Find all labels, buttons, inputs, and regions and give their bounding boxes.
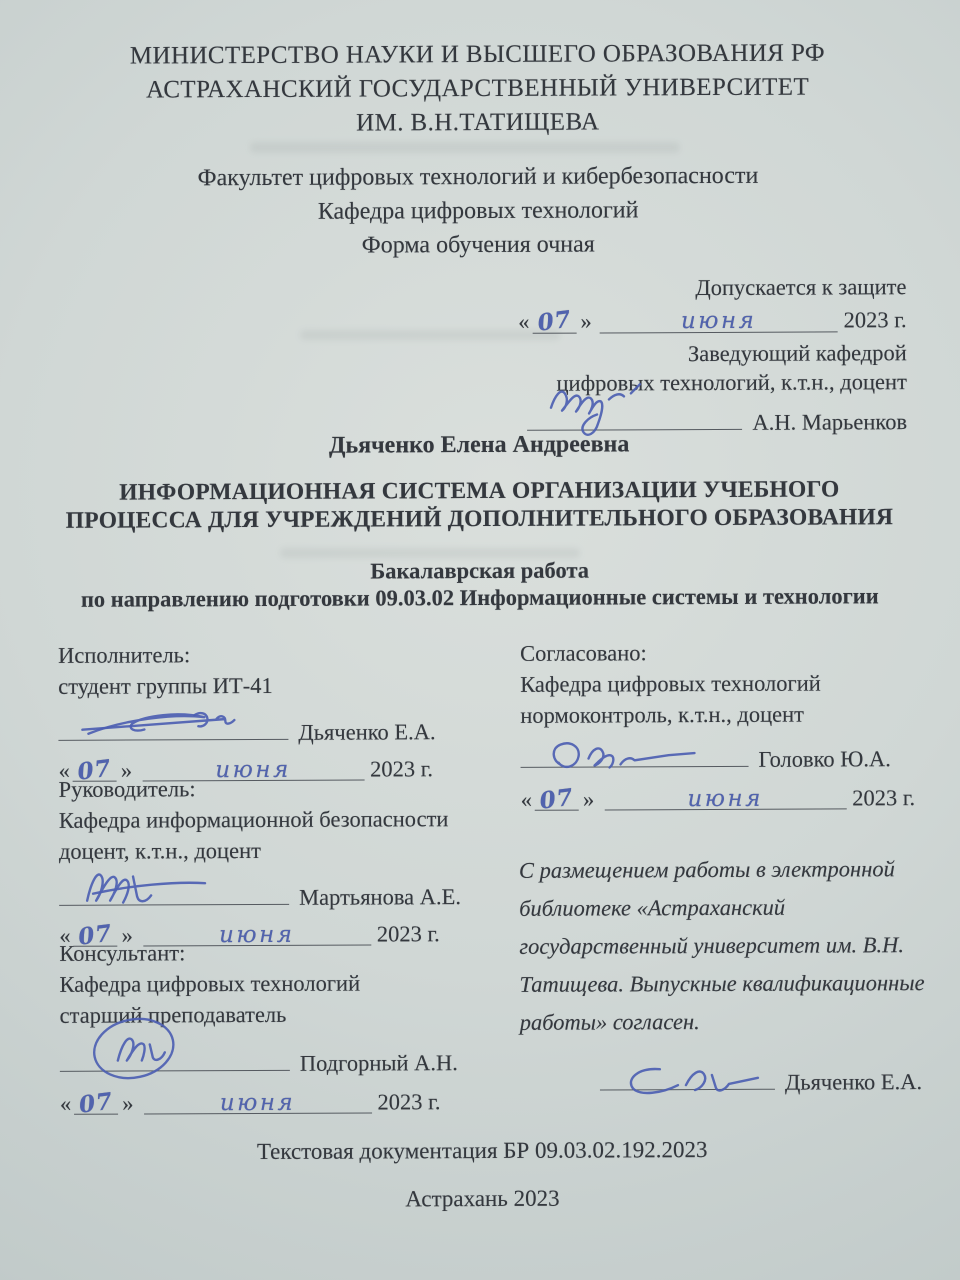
head-title-line: Заведующий кафедрой (407, 338, 907, 369)
consent-name: Дьяченко Е.А. (785, 1063, 922, 1102)
signature-field (600, 1059, 775, 1091)
handwritten-month: июня (681, 308, 757, 334)
thesis-title: ИНФОРМАЦИОННАЯ СИСТЕМА ОРГАНИЗАЦИИ УЧЕБН… (0, 476, 960, 535)
handwritten-day: 07 (536, 305, 573, 338)
month-field: июня (604, 782, 846, 810)
consultant-label: Консультант: (59, 936, 519, 969)
supervisor-dept-line: Кафедра информационной безопасности (59, 803, 519, 836)
work-direction-line: по направлению подготовки 09.03.02 Инфор… (0, 582, 960, 613)
signature-podgorny-icon (86, 1012, 206, 1087)
signature-field (520, 736, 748, 768)
work-type-line: Бакалаврская работа (0, 555, 960, 586)
faculty-line: Факультет цифровых технологий и кибербез… (0, 158, 958, 196)
study-form-line: Форма обучения очная (0, 226, 958, 264)
agreed-name: Головко Ю.А. (758, 743, 891, 775)
executor-signature-row: Дьяченко Е.А. (58, 708, 503, 749)
quote-close: » (580, 307, 591, 336)
supervisor-label: Руководитель: (59, 772, 519, 805)
month-field: июня (143, 1086, 371, 1114)
approval-date-line: « 07 » июня 2023 г. (407, 305, 907, 336)
day-field: 07 (535, 784, 579, 811)
agreed-date-line: « 07 » июня 2023 г. (521, 782, 941, 815)
library-consent-block: С размещением работы в электронной библи… (519, 850, 940, 1103)
quote-open: « (60, 1088, 71, 1119)
city-year-line: Астрахань 2023 (2, 1184, 960, 1214)
agreed-block: Согласовано: Кафедра цифровых технологий… (520, 636, 941, 815)
signature-field (58, 709, 288, 741)
university-line: АСТРАХАНСКИЙ ГОСУДАРСТВЕННЫЙ УНИВЕРСИТЕТ (0, 70, 958, 108)
approval-block: Допускается к защите « 07 » июня 2023 г.… (406, 272, 907, 438)
signature-field (59, 874, 289, 906)
handwritten-month: июня (220, 1090, 296, 1116)
quote-open: « (521, 784, 532, 815)
consultant-name: Подгорный А.Н. (300, 1047, 458, 1079)
consent-signature-row: Дьяченко Е.А. (520, 1058, 940, 1103)
day-field: 07 (74, 1088, 118, 1115)
signature-field (60, 1040, 290, 1072)
supervisor-name: Мартьянова А.Е. (299, 881, 461, 913)
executor-role-line: студент группы ИТ-41 (58, 669, 503, 702)
year-label: 2023 г. (852, 782, 915, 813)
thesis-title-line1: ИНФОРМАЦИОННАЯ СИСТЕМА ОРГАНИЗАЦИИ УЧЕБН… (0, 476, 959, 508)
document-content: МИНИСТЕРСТВО НАУКИ И ВЫСШЕГО ОБРАЗОВАНИЯ… (0, 0, 960, 1280)
consultant-dept-line: Кафедра цифровых технологий (59, 967, 519, 1000)
department-line: Кафедра цифровых технологий (0, 192, 958, 230)
day-field: 07 (532, 307, 576, 334)
handwritten-day: 07 (538, 782, 576, 817)
thesis-title-page: МИНИСТЕРСТВО НАУКИ И ВЫСШЕГО ОБРАЗОВАНИЯ… (0, 0, 960, 1280)
agreed-role-line: нормоконтроль, к.т.н., доцент (520, 698, 940, 731)
signature-field (527, 399, 742, 431)
year-label: 2023 г. (377, 1086, 440, 1117)
supervisor-block: Руководитель: Кафедра информационной без… (59, 772, 520, 951)
ministry-header: МИНИСТЕРСТВО НАУКИ И ВЫСШЕГО ОБРАЗОВАНИЯ… (0, 36, 958, 142)
signature-golovko-icon (536, 730, 716, 781)
library-consent-text: С размещением работы в электронной библи… (519, 850, 940, 1042)
quote-close: » (122, 1088, 133, 1119)
year-label: 2023 г. (844, 305, 907, 334)
agreed-dept-line: Кафедра цифровых технологий (520, 667, 940, 700)
quote-close: » (583, 784, 594, 815)
executor-label: Исполнитель: (58, 638, 503, 671)
doc-code-line: Текстовая документация БР 09.03.02.192.2… (2, 1136, 960, 1166)
quote-open: « (518, 307, 529, 336)
consultant-block: Консультант: Кафедра цифровых технологий… (59, 936, 520, 1119)
agreed-label: Согласовано: (520, 636, 940, 669)
work-type-block: Бакалаврская работа по направлению подго… (0, 555, 960, 613)
faculty-block: Факультет цифровых технологий и кибербез… (0, 158, 958, 264)
month-field: июня (600, 305, 838, 333)
executor-name: Дьяченко Е.А. (298, 716, 435, 748)
signature-dyachenko-icon (74, 703, 264, 754)
ministry-line: МИНИСТЕРСТВО НАУКИ И ВЫСШЕГО ОБРАЗОВАНИЯ… (0, 36, 958, 74)
handwritten-month: июня (687, 786, 763, 812)
signature-dyachenko-icon (616, 1055, 766, 1104)
approval-title: Допускается к защите (406, 272, 906, 303)
agreed-signature-row: Головко Ю.А. (520, 735, 940, 776)
thesis-title-line2: ПРОЦЕССА ДЛЯ УЧРЕЖДЕНИЙ ДОПОЛНИТЕЛЬНОГО … (0, 503, 960, 535)
handwritten-day: 07 (77, 1086, 115, 1121)
supervisor-signature-row: Мартьянова А.Е. (59, 873, 519, 914)
signature-martyanova-icon (75, 858, 235, 919)
consultant-signature-row: Подгорный А.Н. (60, 1039, 520, 1080)
executor-block: Исполнитель: студент группы ИТ-41 Дьячен… (58, 638, 504, 786)
consultant-date-line: « 07 » июня 2023 г. (60, 1086, 520, 1119)
author-name: Дьяченко Елена Андреевна (0, 430, 959, 461)
university-name-line: ИМ. В.Н.ТАТИЩЕВА (0, 104, 958, 142)
